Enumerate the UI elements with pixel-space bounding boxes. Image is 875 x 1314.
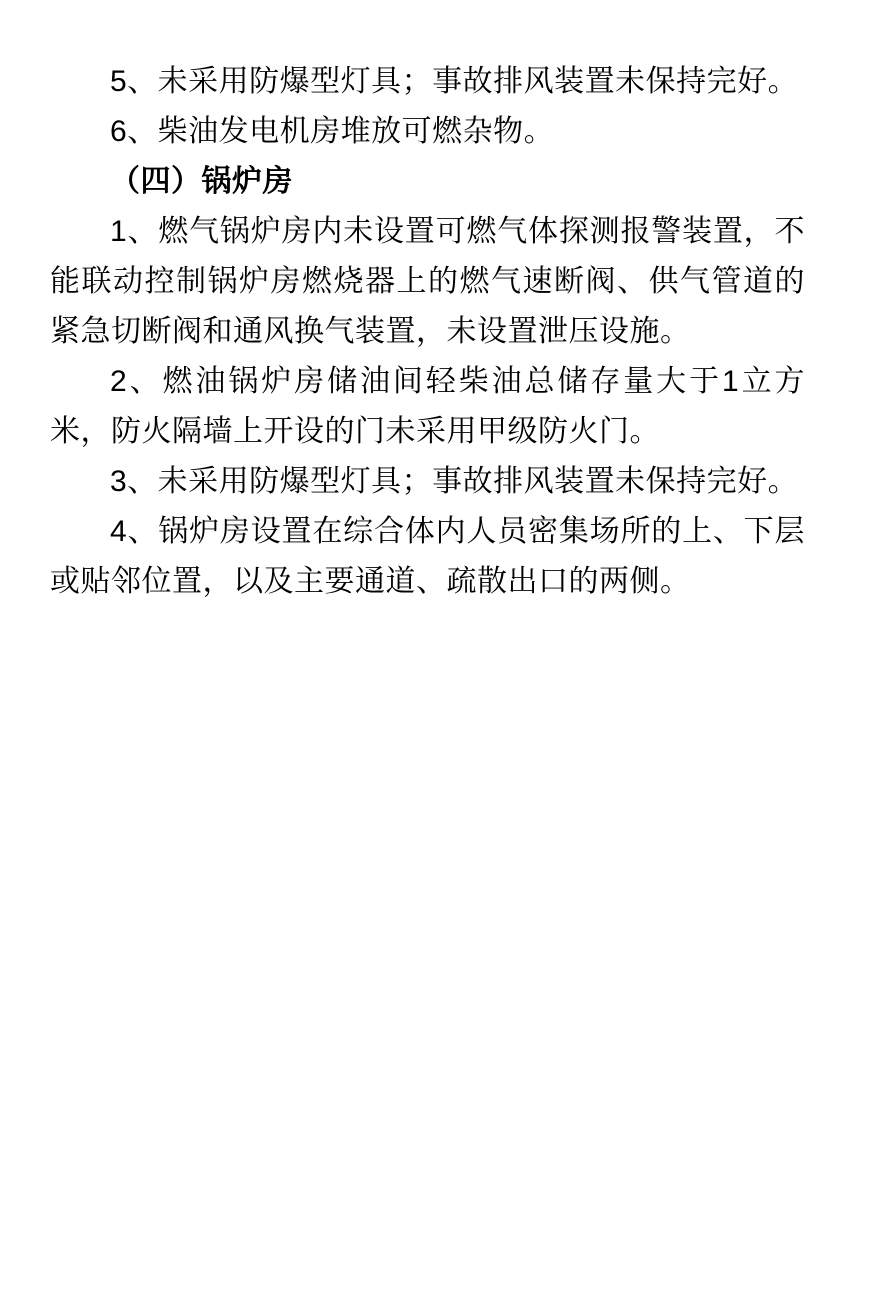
list-item-6: 6、柴油发电机房堆放可燃杂物。 bbox=[50, 107, 805, 157]
document-body: 5、未采用防爆型灯具；事故排风装置未保持完好。 6、柴油发电机房堆放可燃杂物。 … bbox=[50, 57, 805, 607]
list-item-3: 3、未采用防爆型灯具；事故排风装置未保持完好。 bbox=[50, 457, 805, 507]
document-page: 5、未采用防爆型灯具；事故排风装置未保持完好。 6、柴油发电机房堆放可燃杂物。 … bbox=[0, 0, 875, 1314]
list-item-5: 5、未采用防爆型灯具；事故排风装置未保持完好。 bbox=[50, 57, 805, 107]
section-heading-boiler-room: （四）锅炉房 bbox=[50, 157, 805, 207]
list-item-1: 1、燃气锅炉房内未设置可燃气体探测报警装置，不能联动控制锅炉房燃烧器上的燃气速断… bbox=[50, 207, 805, 357]
list-item-4: 4、锅炉房设置在综合体内人员密集场所的上、下层或贴邻位置，以及主要通道、疏散出口… bbox=[50, 507, 805, 607]
list-item-2: 2、燃油锅炉房储油间轻柴油总储存量大于1立方米，防火隔墙上开设的门未采用甲级防火… bbox=[50, 357, 805, 457]
